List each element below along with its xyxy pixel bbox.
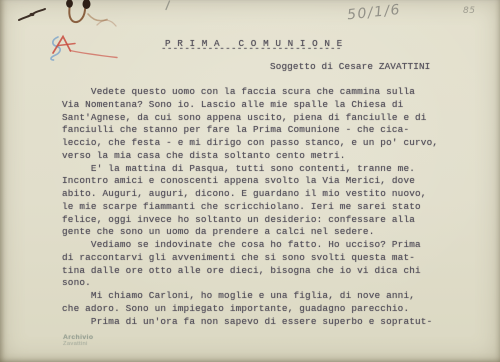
subtitle-author: Soggetto di Cesare ZAVATTINI	[270, 61, 430, 72]
archive-stamp-line2: Zavattini	[63, 341, 93, 347]
archive-stamp: Archivio Zavattini	[63, 334, 93, 347]
brown-doodle-icon	[66, 0, 116, 26]
typescript-body: Vedete questo uomo con la faccia scura c…	[62, 86, 438, 328]
title-underline: -------------------------------	[161, 43, 342, 54]
scanned-typescript-page: 50/1/6 85 P R I M A C O M U N I O N E --…	[0, 0, 500, 362]
pencil-tick	[166, 1, 170, 10]
page-number: 85	[463, 6, 475, 16]
blue-crayon-scribble	[51, 37, 60, 60]
folio-number: 50/1/6	[346, 2, 401, 24]
red-crayon-scribble	[53, 37, 117, 58]
checkmark-doodle-icon	[19, 9, 45, 20]
